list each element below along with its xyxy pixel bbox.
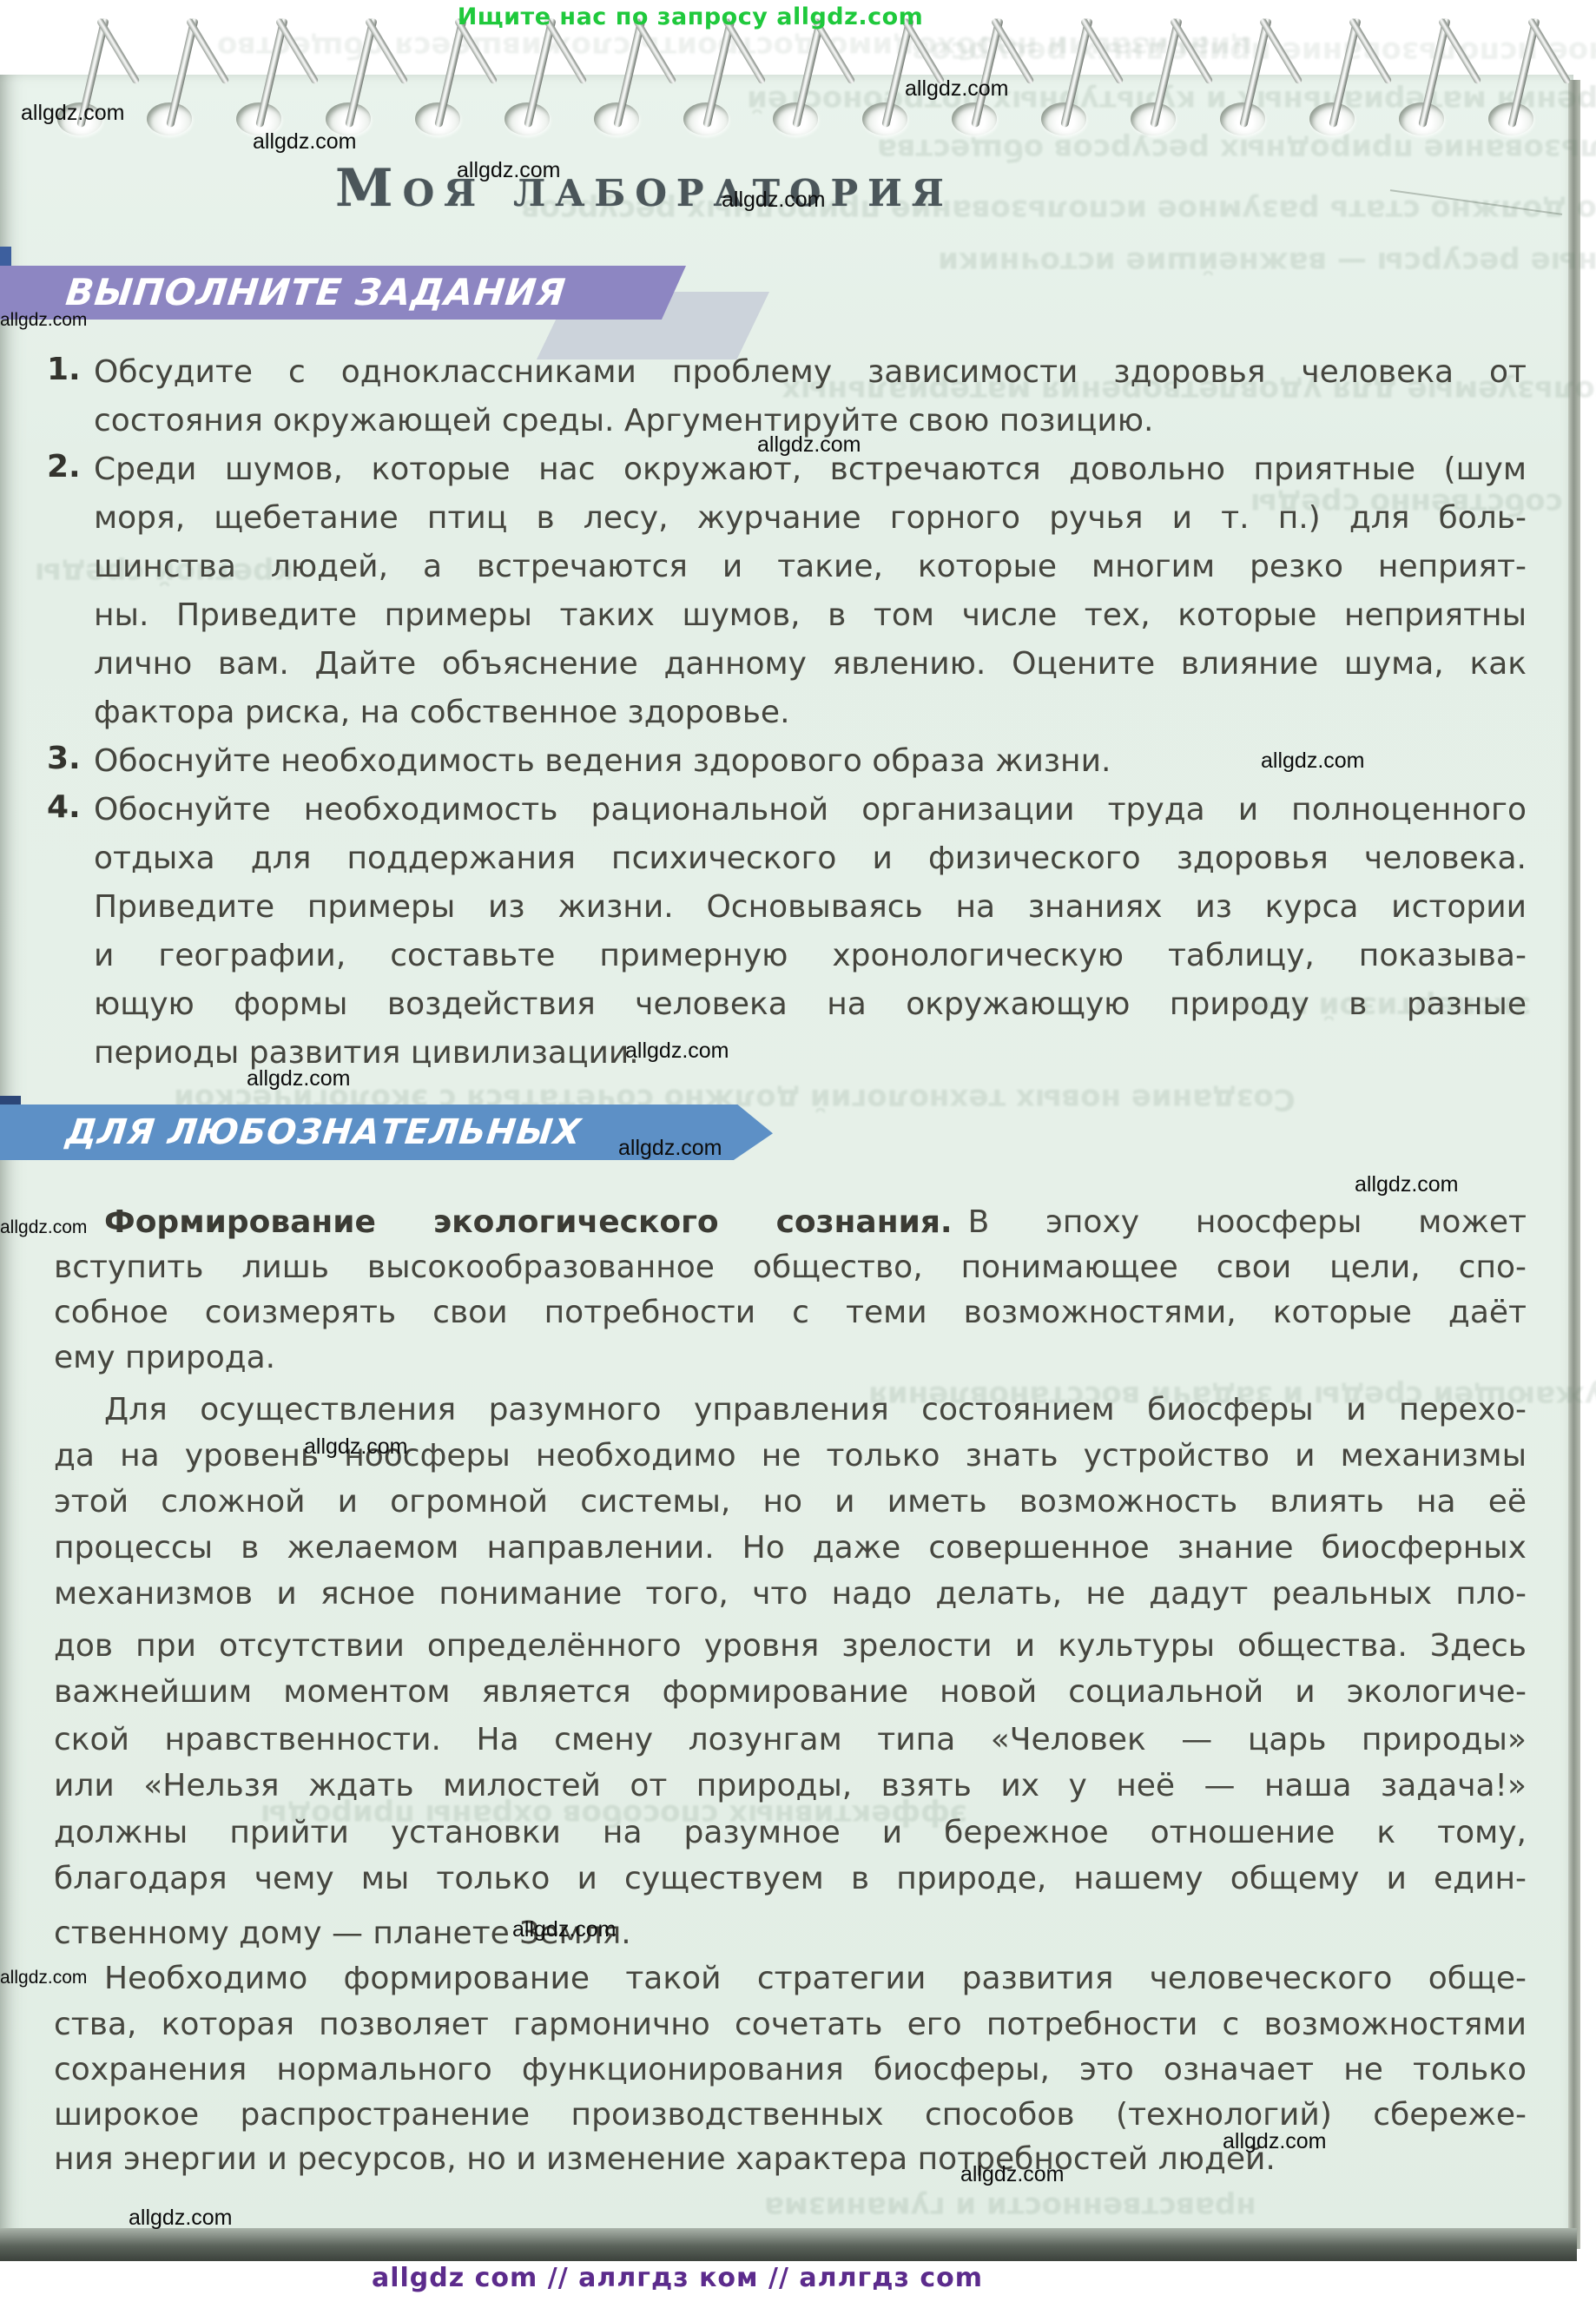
bleedthrough-text: нравственности и гуманизма [764,2190,1256,2225]
task-text-line: и географии, составьте примерную хроноло… [94,935,1527,977]
spiral-binding-ring [131,12,235,142]
spiral-binding-ring [310,12,414,142]
spiral-binding-ring [489,12,593,142]
task-text-line: лично вам. Дайте объяснение данному явле… [94,643,1527,685]
paragraph-text: В эпоху ноосферы может [968,1204,1527,1240]
spiral-binding-ring [578,12,683,142]
watermark: allgdz.com [253,129,357,155]
paragraph-line: механизмов и ясное понимание того, что н… [54,1573,1527,1615]
promo-footer-text: allgdz com // аллгдз ком // аллгдз com [0,2263,1355,2293]
paragraph-line: дов при отсутствии определённого уровня … [54,1625,1527,1667]
task-text-line: отдыха для поддержания психического и фи… [94,838,1527,880]
watermark: allgdz.com [457,158,561,183]
paragraph-line: Необходимо формирование такой стратегии … [54,1958,1527,2000]
paragraph-line: или «Нельзя ждать милостей от природы, в… [54,1765,1527,1807]
task-text-line: фактора риска, на собственное здоровье. [94,692,1527,734]
page-bottom-edge [0,2228,1577,2261]
spiral-binding-ring [1026,12,1130,142]
task-text-line: Обоснуйте необходимость рациональной орг… [94,789,1527,831]
task-text-line: Обсудите с одноклассниками проблему зави… [94,352,1527,393]
task-text-line: шинства людей, а встречаются и такие, ко… [94,546,1527,588]
promo-header-text: Ищите нас по запросу allgdz.com [0,3,1381,30]
page-title: Моя лаборатория [323,158,966,219]
binding-wire-icon [1527,17,1572,85]
spiral-binding-ring [1473,12,1577,142]
paragraph-line: сохранения нормального функционирования … [54,2049,1527,2091]
watermark: allgdz.com [304,1434,408,1460]
task-number: 4. [47,789,89,825]
spiral-binding-ring [1115,12,1219,142]
paragraph-line: Для осуществления разумного управления с… [54,1389,1527,1431]
paragraph-line: ственному дому — планете Земля. [54,1913,1527,1955]
watermark: allgdz.com [1261,748,1365,774]
watermark: allgdz.com [960,2162,1065,2187]
watermark: allgdz.com [247,1066,351,1091]
watermark: allgdz.com [625,1039,729,1064]
watermark: allgdz.com [1223,2129,1327,2154]
bleedthrough-text: Природные ресурсы — важнейшие источники [938,245,1596,280]
watermark: allgdz.com [21,101,125,126]
watermark: allgdz.com [512,1917,617,1942]
edge-fragment [0,247,11,266]
paragraph-line: ства, которая позволяет гармонично сочет… [54,2004,1527,2046]
tasks-section-banner: ВЫПОЛНИТЕ ЗАДАНИЯ [0,266,686,320]
paragraph-line: важнейшим моментом является формирование… [54,1672,1527,1713]
paragraph-line: процессы в желаемом направлении. Но даже… [54,1527,1527,1569]
watermark: allgdz.com [618,1136,722,1161]
paragraph-line: ему природа. [54,1337,1527,1379]
task-text-line: ны. Приведите примеры таких шумов, в том… [94,595,1527,636]
watermark: allgdz.com [722,188,826,213]
spiral-binding-ring [221,12,325,142]
task-number: 1. [47,352,89,387]
watermark: allgdz.com [757,432,861,458]
spiral-binding-ring [668,12,772,142]
task-text-line: Приведите примеры из жизни. Основываясь … [94,887,1527,928]
paragraph-line: должны прийти установки на разумное и бе… [54,1812,1527,1854]
watermark: allgdz.com [0,1968,87,1988]
spiral-binding-ring [399,12,504,142]
spiral-binding-ring [757,12,861,142]
task-text-line: моря, щебетание птиц в лесу, журчание го… [94,498,1527,539]
paragraph-lead-bold: Формирование экологического сознания. [104,1204,953,1240]
scanned-textbook-page: { "top_banner": { "text": "Ищите нас по … [0,0,1596,2308]
tasks-banner-label: ВЫПОЛНИТЕ ЗАДАНИЯ [0,266,689,320]
spiral-binding-ring [1204,12,1309,142]
task-text-line: ющую формы воздействия человека на окруж… [94,984,1527,1025]
watermark: allgdz.com [0,1217,87,1238]
watermark: allgdz.com [129,2206,233,2231]
paragraph-line: этой сложной и огромной системы, но и им… [54,1481,1527,1523]
spiral-binding-ring [1294,12,1398,142]
paragraph-line: да на уровень ноосферы необходимо не тол… [54,1435,1527,1477]
paragraph-line: вступить лишь высокообразованное обществ… [54,1247,1527,1289]
watermark: allgdz.com [0,310,87,331]
paragraph-line: собное соизмерять свои потребности с тем… [54,1292,1527,1334]
task-number: 2. [47,449,89,485]
task-number: 3. [47,741,89,776]
watermark: allgdz.com [905,76,1009,102]
paragraph-line: благодаря чему мы только и существуем в … [54,1858,1527,1900]
spiral-binding-ring [1383,12,1487,142]
paragraph-line: Формирование экологического сознания.В э… [54,1202,1527,1243]
watermark: allgdz.com [1355,1172,1459,1197]
paragraph-line: ской нравственности. На смену лозунгам т… [54,1719,1527,1761]
